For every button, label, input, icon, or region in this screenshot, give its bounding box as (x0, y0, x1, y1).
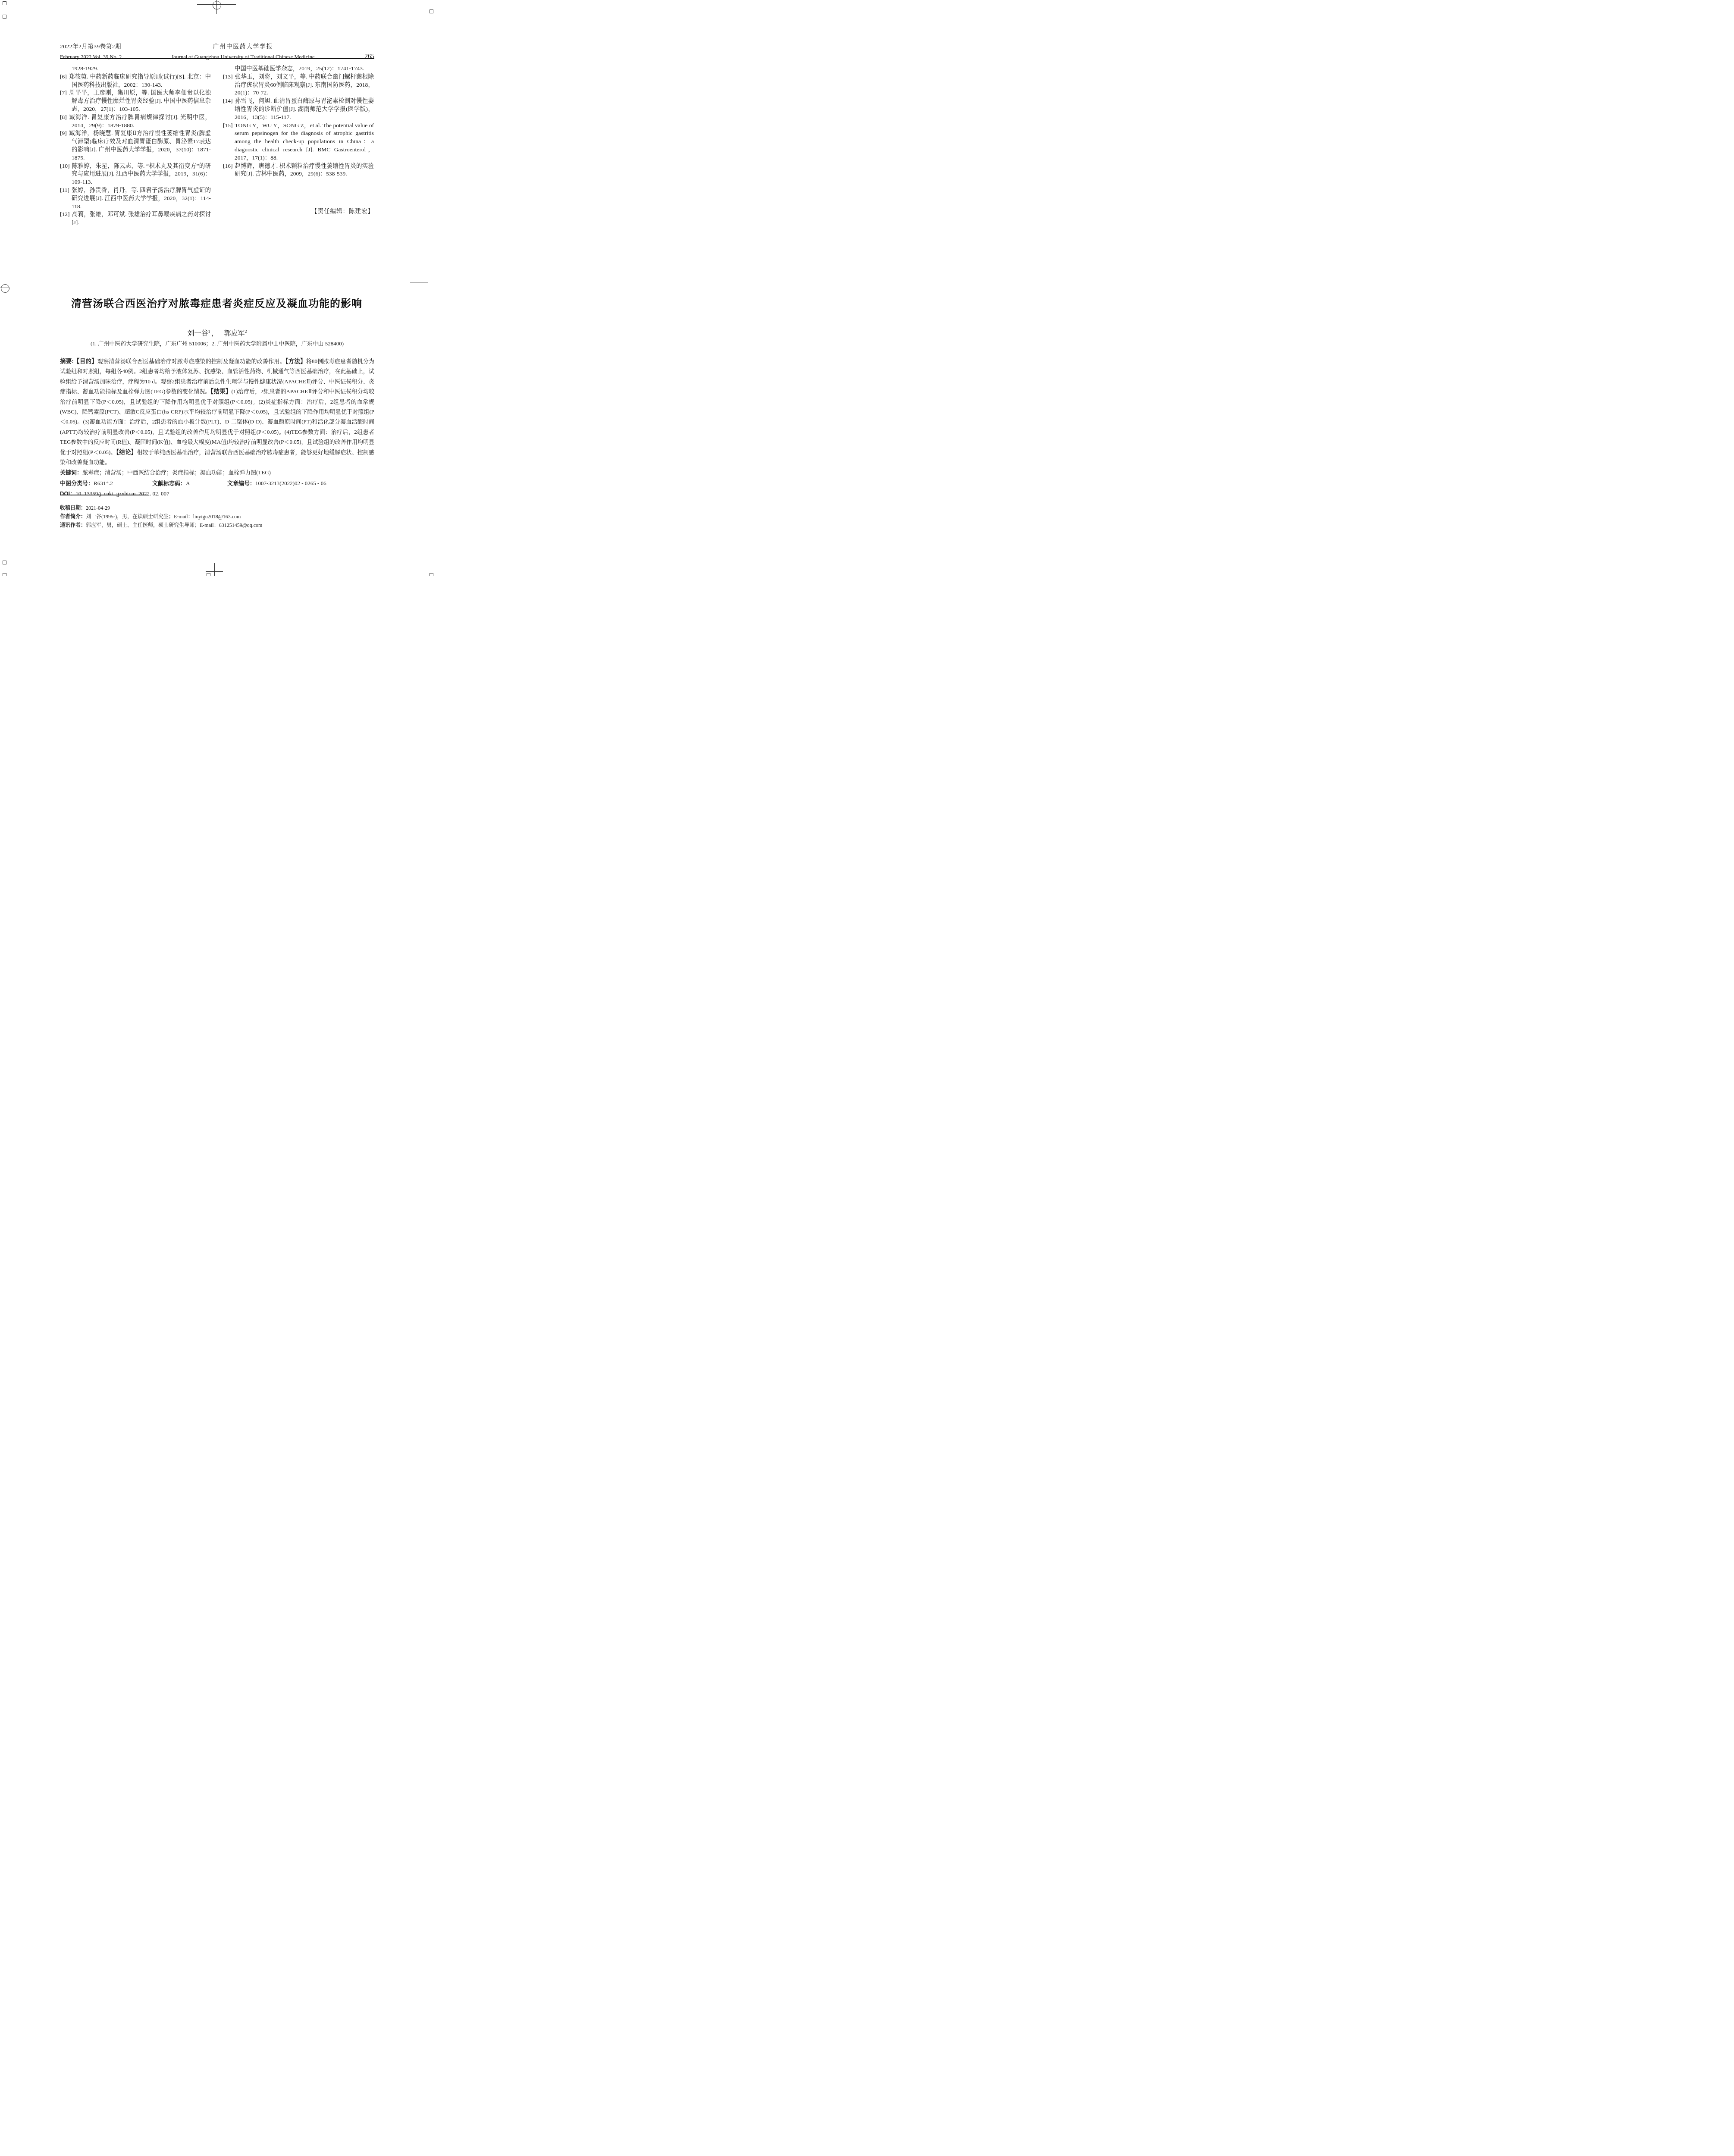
registration-cross-right-h (410, 282, 428, 282)
article-id: 文章编号：1007-3213(2022)02 - 0265 - 06 (227, 480, 326, 486)
issue-date-en: February 2022,Vol. 39,No. 2 (60, 54, 142, 60)
document-code: 文献标志码：A (152, 480, 190, 486)
journal-title-en: Journal of Guangzhou University of Tradi… (142, 54, 344, 60)
reference-continuation: 1928-1929. (60, 65, 211, 73)
footnotes-section: 收稿日期：2021-04-29 作者简介：刘一谷(1995-)，男，在读硕士研究… (60, 504, 374, 530)
reference-8: [8]臧海洋. 胃复康方治疗脾胃病规律探讨[J]. 光明中医，2014，29(9… (60, 113, 211, 130)
abstract-block: 摘要:【目的】观察清营汤联合西医基础治疗对脓毒症感染的控制及凝血功能的改善作用。… (60, 356, 374, 499)
journal-title-cn: 广州中医药大学学报 (142, 41, 344, 50)
abstract-text: 【目的】观察清营汤联合西医基础治疗对脓毒症感染的控制及凝血功能的改善作用。【方法… (60, 358, 374, 465)
page-number: 265 (344, 53, 374, 60)
registration-cross-bottom-v (214, 563, 215, 576)
keywords-line: 关键词：脓毒症；清营汤；中西医结合治疗；炎症指标；凝血功能；血栓弹力图(TEG) (60, 467, 374, 477)
crop-square-bottom-center (207, 573, 210, 576)
reference-15: [15]TONG Y，WU Y，SONG Z，et al. The potent… (223, 122, 374, 162)
keywords-text: 脓毒症；清营汤；中西医结合治疗；炎症指标；凝血功能；血栓弹力图(TEG) (82, 469, 271, 476)
references-left-column: 1928-1929. [6]郑筱萸. 中药新药临床研究指导原则(试行)[S]. … (60, 65, 211, 227)
authors-line: 刘一谷1，郭应军2 (60, 328, 374, 338)
crop-square-bottom-right (430, 573, 433, 576)
registration-cross-top-h (197, 4, 236, 5)
author-separator: ， (211, 330, 218, 337)
reference-12: [12]高莉，张雄，邓可斌. 张雄治疗耳鼻喉疾病之药对探讨[J]. (60, 210, 211, 227)
crop-square-bottom-left-1 (3, 561, 6, 564)
crop-square-bottom-left-2 (3, 573, 6, 576)
received-date-line: 收稿日期：2021-04-29 (60, 504, 374, 512)
doi-value: 10. 13359/j. cnki. gzxbtcm. 2022. 02. 00… (75, 490, 169, 497)
affiliation-line: (1. 广州中医药大学研究生院，广东广州 510006；2. 广州中医药大学附属… (60, 339, 374, 347)
corresponding-author-line: 通讯作者：郭应军，男，硕士、主任医师，硕士研究生导师；E-mail：631251… (60, 521, 374, 530)
crop-square-top-left-1 (3, 1, 6, 5)
registration-cross-top-v (216, 0, 217, 14)
registration-circle-top (213, 1, 221, 9)
references-section: 1928-1929. [6]郑筱萸. 中药新药临床研究指导原则(试行)[S]. … (60, 65, 374, 227)
journal-page: 2022年2月第39卷第2期 February 2022,Vol. 39,No.… (0, 0, 433, 576)
author-2-affiliation-mark: 2 (245, 329, 247, 334)
registration-cross-bottom-h (206, 571, 223, 572)
doi-label: DOI： (60, 490, 75, 497)
author-2: 郭应军2 (224, 330, 247, 337)
issue-date-cn: 2022年2月第39卷第2期 (60, 41, 142, 50)
reference-11: [11]张婷，孙贵香，肖丹，等. 四君子汤治疗脾胃气虚证的研究进展[J]. 江西… (60, 186, 211, 210)
article-title: 清营汤联合西医治疗对脓毒症患者炎症反应及凝血功能的影响 (43, 295, 390, 310)
classification-line: 中图分类号：R631⁺.2 文献标志码：A 文章编号：1007-3213(202… (60, 478, 374, 488)
registration-cross-left-h (0, 288, 9, 288)
reference-16: [16]赵博辉，唐德才. 枳术颗粒治疗慢性萎缩性胃炎的实验研究[J]. 吉林中医… (223, 162, 374, 179)
reference-continuation: 中国中医基础医学杂志，2019，25(12)：1741-1743. (223, 65, 374, 73)
reference-14: [14]孙雪飞，何旭. 血清胃蛋白酶原与胃泌素检测对慢性萎缩性胃炎的诊断价值[J… (223, 97, 374, 121)
registration-cross-left-v (5, 276, 5, 300)
registration-circle-left (1, 284, 9, 293)
abstract-label: 摘要: (60, 358, 74, 364)
doi-line: DOI：10. 13359/j. cnki. gzxbtcm. 2022. 02… (60, 489, 374, 498)
reference-9: [9]臧海洋，杨晓慧. 胃复康Ⅱ方治疗慢性萎缩性胃炎(脾虚气滞型)临床疗效及对血… (60, 129, 211, 162)
abstract-paragraph: 摘要:【目的】观察清营汤联合西医基础治疗对脓毒症感染的控制及凝血功能的改善作用。… (60, 356, 374, 467)
header-rule (60, 58, 374, 59)
references-right-column: 中国中医基础医学杂志，2019，25(12)：1741-1743. [13]张华… (223, 65, 374, 227)
crop-square-top-right (430, 9, 433, 13)
reference-10: [10]陈雅婷，朱星，陈云志，等. “枳术丸及其衍变方”的研究与应用进展[J].… (60, 162, 211, 186)
reference-13: [13]张华玉，刘将，刘文平，等. 中药联合幽门螺杆菌根除治疗疣状胃炎60例临床… (223, 73, 374, 97)
clc-number: 中图分类号：R631⁺.2 (60, 480, 113, 486)
reference-7: [7]周平平，王彦刚，集川原，等. 国医大师李佃贵以化浊解毒方治疗慢性糜烂性胃炎… (60, 89, 211, 113)
reference-6: [6]郑筱萸. 中药新药临床研究指导原则(试行)[S]. 北京：中国医药科技出版… (60, 73, 211, 89)
responsible-editor-note: 【责任编辑：陈建宏】 (223, 207, 374, 216)
author-1: 刘一谷1 (187, 330, 210, 337)
author-bio-line: 作者简介：刘一谷(1995-)，男，在读硕士研究生；E-mail：liuyigu… (60, 512, 374, 521)
crop-square-top-left-2 (3, 15, 6, 19)
keywords-label: 关键词： (60, 469, 82, 476)
footnote-separator (60, 495, 148, 495)
author-1-affiliation-mark: 1 (208, 329, 210, 334)
